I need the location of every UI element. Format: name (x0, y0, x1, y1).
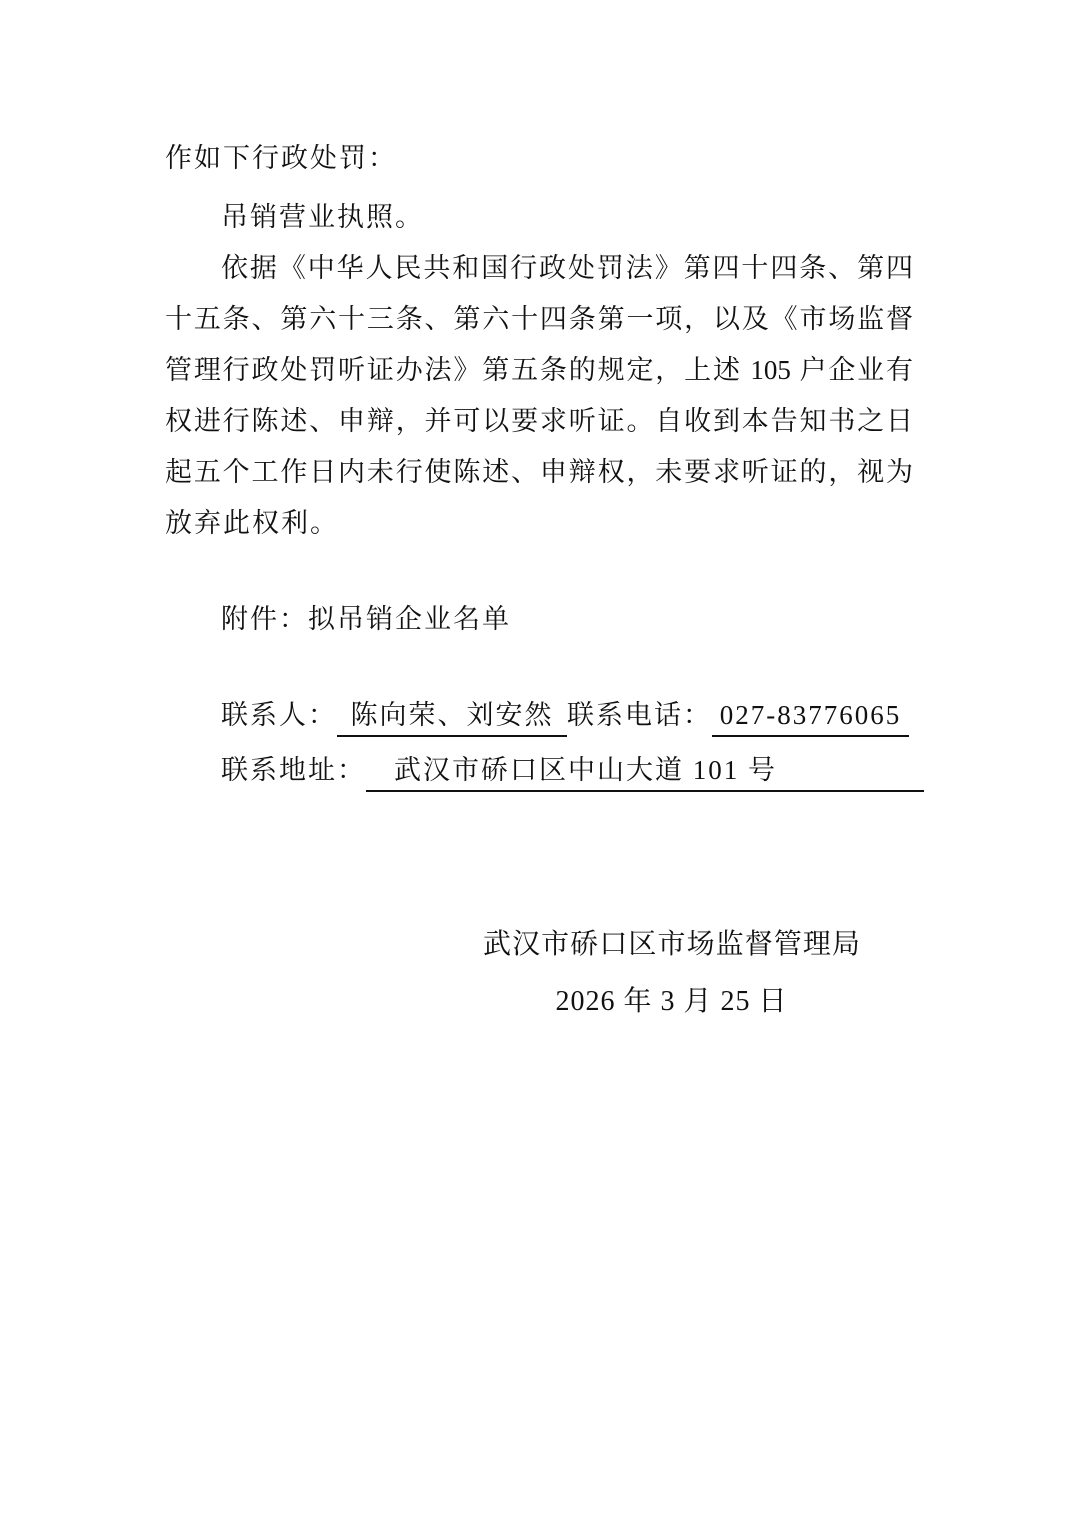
body-line-continuation: 作如下行政处罚： (165, 133, 913, 184)
contact-phone-label: 联系电话： (567, 688, 712, 743)
signature-date: 2026 年 3 月 25 日 (483, 973, 860, 1030)
body-line-legal-basis-4: 权进行陈述、申辩，并可以要求听证。自收到本告知书之日 (165, 396, 913, 447)
body-line-legal-basis-2: 十五条、第六十三条、第六十四条第一项，以及《市场监督 (165, 294, 913, 345)
contact-address-label: 联系地址： (221, 743, 366, 798)
contact-phone-value: 027-83776065 (712, 693, 909, 737)
contact-person-label: 联系人： (221, 688, 337, 743)
document-body: 作如下行政处罚： 吊销营业执照。 依据《中华人民共和国行政处罚法》第四十四条、第… (165, 133, 913, 1030)
contact-line-person-phone: 联系人： 陈向荣、刘安然 联系电话： 027-83776065 (165, 688, 913, 743)
document-page: 作如下行政处罚： 吊销营业执照。 依据《中华人民共和国行政处罚法》第四十四条、第… (0, 0, 1074, 1520)
body-line-legal-basis-5: 起五个工作日内未行使陈述、申辩权，未要求听证的，视为 (165, 447, 913, 498)
contact-block: 联系人： 陈向荣、刘安然 联系电话： 027-83776065 联系地址： 武汉… (165, 688, 913, 798)
contact-address-value: 武汉市硚口区中山大道 101 号 (366, 748, 924, 792)
body-line-penalty: 吊销营业执照。 (165, 192, 913, 243)
signature-issuer: 武汉市硚口区市场监督管理局 (483, 916, 860, 973)
body-line-legal-basis-1: 依据《中华人民共和国行政处罚法》第四十四条、第四 (165, 243, 913, 294)
signature-block: 武汉市硚口区市场监督管理局 2026 年 3 月 25 日 (483, 916, 860, 1030)
contact-person-value: 陈向荣、刘安然 (337, 693, 567, 737)
body-line-legal-basis-6: 放弃此权利。 (165, 498, 913, 549)
contact-line-address: 联系地址： 武汉市硚口区中山大道 101 号 (165, 743, 913, 798)
body-line-legal-basis-3: 管理行政处罚听证办法》第五条的规定，上述 105 户企业有 (165, 345, 913, 396)
attachment-line: 附件：拟吊销企业名单 (165, 594, 913, 645)
